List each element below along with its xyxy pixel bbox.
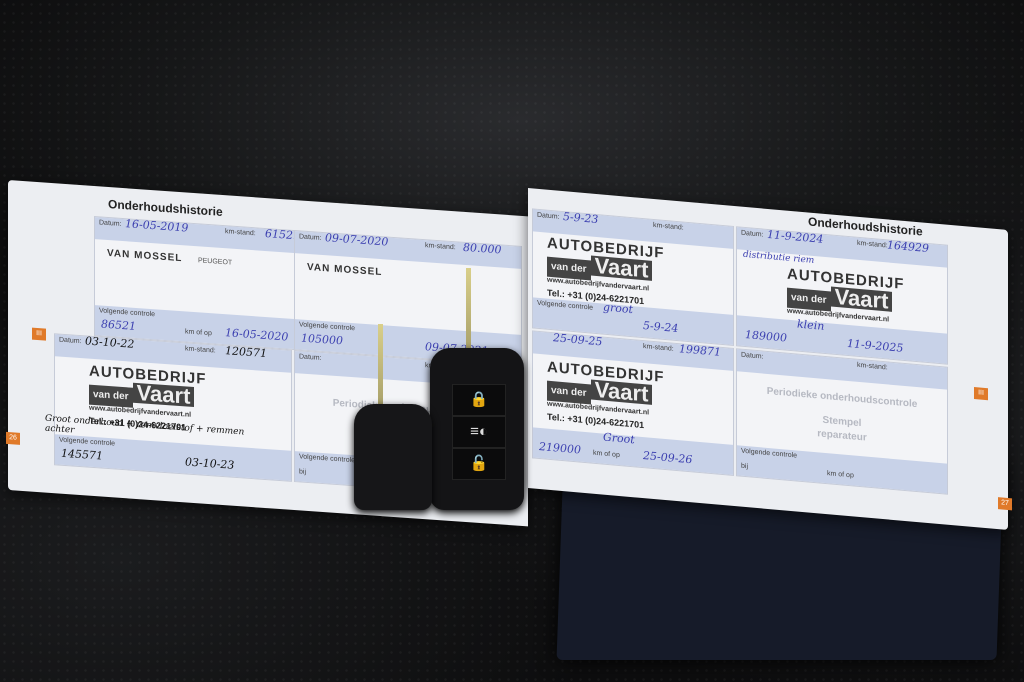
volgende-label: Volgende controle <box>59 437 115 448</box>
datum-value: 11-9-2024 <box>767 228 823 246</box>
volgende-datum-value: 16-05-2020 <box>225 326 288 343</box>
key-blade <box>378 324 383 408</box>
km-stand-label: km-stand: <box>857 240 888 250</box>
lock-icon: 🔒 <box>452 384 506 416</box>
km-stand-value: 164929 <box>887 238 929 255</box>
page-title-left: Onderhoudshistorie <box>108 197 223 219</box>
entry-cell: 25-09-25 km-stand: 199871 AUTOBEDRIJF va… <box>532 330 734 476</box>
volgende-bij-value: 145571 <box>61 447 103 463</box>
volgende-label: Volgende controle <box>99 307 155 318</box>
km-stand-value: 120571 <box>225 344 267 360</box>
datum-value: 5-9-23 <box>563 210 598 226</box>
datum-label: Datum: <box>741 230 764 239</box>
datum-value: 09-07-2020 <box>325 231 388 248</box>
volgende-label: Volgende controle <box>299 453 355 464</box>
entry-cell: Datum: 11-9-2024 km-stand: 164929 distri… <box>736 226 948 365</box>
unlock-icon: 🔓 <box>452 448 506 480</box>
bij-label: bij <box>741 463 748 471</box>
volgende-datum-value: 03-10-23 <box>185 455 234 471</box>
volgende-note: groot <box>603 301 633 317</box>
volgende-datum-value: 11-9-2025 <box>847 337 903 355</box>
headlight-icon: ≡◐ <box>452 416 506 448</box>
van-der-vaart-stamp: AUTOBEDRIJF van derVaart www.autobedrijf… <box>547 235 697 306</box>
right-page: Onderhoudshistorie Datum: 5-9-23 km-stan… <box>528 188 1008 530</box>
volgende-bij-value: 86521 <box>101 318 136 333</box>
volgende-datum-value: 5-9-24 <box>643 319 678 335</box>
page-number: 26 <box>6 432 20 445</box>
km-of-op-label: km of op <box>827 470 854 479</box>
datum-label: Datum: <box>299 353 322 362</box>
volgende-label: Volgende controle <box>537 300 593 312</box>
datum-label: Datum: <box>741 352 764 361</box>
bij-label: bij <box>299 468 306 475</box>
periodieke-placeholder: Periodieke onderhoudscontrole <box>737 383 947 412</box>
volgende-label: Volgende controle <box>299 321 355 332</box>
km-stand-label: km-stand: <box>225 228 256 237</box>
volgende-bij-value: 189000 <box>745 328 787 345</box>
datum-label: Datum: <box>299 233 322 242</box>
van-der-vaart-stamp: AUTOBEDRIJF van derVaart www.autobedrijf… <box>547 359 697 430</box>
km-stand-label: km-stand: <box>857 362 888 372</box>
km-stand-label: km-stand: <box>425 242 456 251</box>
van-mossel-stamp: VAN MOSSEL <box>307 262 382 278</box>
datum-value: 16-05-2019 <box>125 217 188 234</box>
entry-cell: Datum: 03-10-22 km-stand: 120571 AUTOBED… <box>54 333 292 482</box>
datum-label: Datum: <box>59 337 82 346</box>
page-number: 27 <box>998 497 1012 510</box>
km-stand-value: 80.000 <box>463 241 502 257</box>
volgende-controle-band: Groot 219000 km of op 25-09-26 <box>533 427 733 474</box>
datum-label: Datum: <box>99 219 122 228</box>
volgende-bij-value: 219000 <box>539 440 581 457</box>
km-stand-label: km-stand: <box>653 222 684 232</box>
km-stand-label: km-stand: <box>185 345 216 354</box>
km-stand-value: 199871 <box>679 342 721 359</box>
volgende-bij-value: 105000 <box>301 331 343 347</box>
volgende-note: Groot <box>603 431 635 447</box>
datum-label: Datum: <box>537 212 560 221</box>
volgende-label: Volgende controle <box>741 448 797 460</box>
section-marker: III <box>32 328 46 341</box>
remote-key-fob: 🔒 ≡◐ 🔓 <box>430 348 524 510</box>
stamp-line2b: Vaart <box>133 383 195 407</box>
spare-key <box>354 404 432 510</box>
volgende-note: klein <box>797 318 824 333</box>
volgende-controle-band: Volgende controle bij km of op <box>737 445 947 493</box>
entry-cell: Datum: 5-9-23 km-stand: AUTOBEDRIJF van … <box>532 208 734 346</box>
entry-cell-empty: Datum: km-stand: Periodieke onderhoudsco… <box>736 348 948 495</box>
km-of-op-label: km of op <box>593 450 620 459</box>
km-of-op-label: km of op <box>185 328 212 337</box>
key-blade <box>466 268 471 352</box>
datum-value: 03-10-22 <box>85 334 134 350</box>
entry-cell: Datum: 09-07-2020 km-stand: 80.000 VAN M… <box>294 230 522 366</box>
volgende-datum-value: 25-09-26 <box>643 449 692 466</box>
entry-cell: Datum: 16-05-2019 km-stand: 61521 VAN MO… <box>94 216 326 352</box>
km-stand-label: km-stand: <box>643 343 674 353</box>
van-mossel-stamp: VAN MOSSEL PEUGEOT <box>107 248 232 268</box>
section-marker: III <box>974 387 988 400</box>
